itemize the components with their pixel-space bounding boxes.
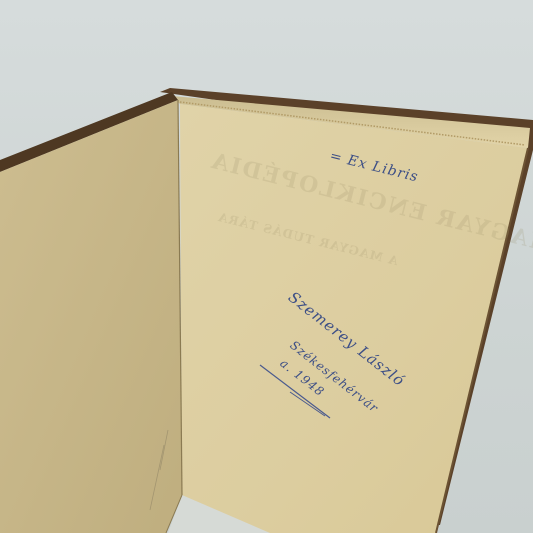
book-illustration <box>0 0 533 533</box>
flyleaf-page <box>0 100 182 533</box>
book-photo: MAGYAR ENCIKLOPÉDIA A MAGYAR TUDÁS TÁRA … <box>0 0 533 533</box>
